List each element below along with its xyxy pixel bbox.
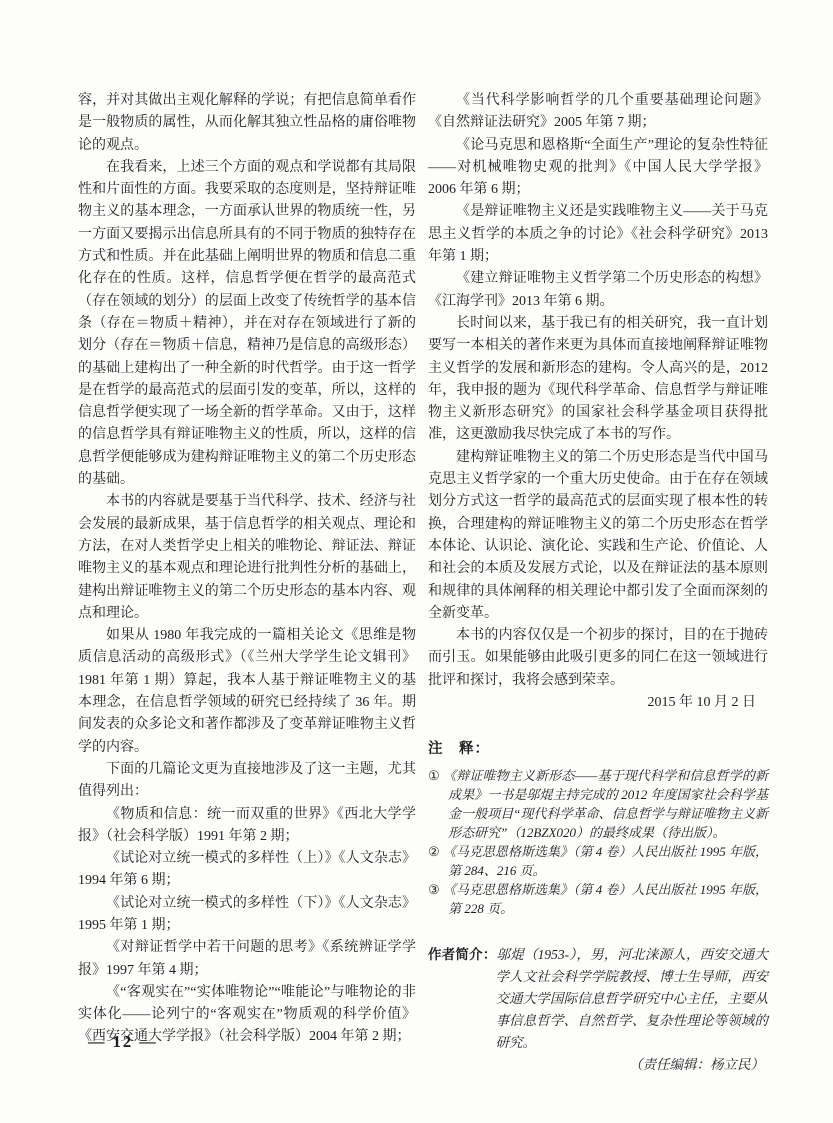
footnote: ① 《辩证唯物主义新形态——基于现代科学和信息哲学的新成果》一书是邬焜主持完成的… xyxy=(428,766,768,842)
paragraph: 《物质和信息：统一而双重的世界》《西北大学学报》（社会科学版）1991 年第 2… xyxy=(78,804,416,849)
paragraph: 本书的内容仅仅是一个初步的探讨，目的在于抛砖而引玉。如果能够由此吸引更多的同仁在… xyxy=(428,625,768,692)
editor-credit: （责任编辑：杨立民） xyxy=(428,1054,768,1076)
footnote-marker: ① xyxy=(428,768,440,783)
paragraph: 在我看来，上述三个方面的观点和学说都有其局限性和片面性的方面。我要采取的态度则是… xyxy=(78,157,416,491)
paragraph: 《建立辩证唯物主义哲学第二个历史形态的构想》《江海学刊》2013 年第 6 期。 xyxy=(428,268,768,313)
paragraph: 如果从 1980 年我完成的一篇相关论文《思维是物质信息活动的高级形式》（《兰州… xyxy=(78,625,416,759)
paragraph: 《是辩证唯物主义还是实践唯物主义——关于马克思主义哲学的本质之争的讨论》《社会科… xyxy=(428,201,768,268)
footnote-text: 《马克思恩格斯选集》（第 4 卷）人民出版社 1995 年版，第 284、216… xyxy=(440,844,768,878)
paragraph: 下面的几篇论文更为直接地涉及了这一主题，尤其值得列出： xyxy=(78,759,416,804)
right-column: 《当代科学影响哲学的几个重要基础理论问题》《自然辩证法研究》2005 年第 7 … xyxy=(428,90,768,1076)
footnote-text: 《马克思恩格斯选集》（第 4 卷）人民出版社 1995 年版，第 228 页。 xyxy=(440,882,768,916)
right-column-paragraphs: 《当代科学影响哲学的几个重要基础理论问题》《自然辩证法研究》2005 年第 7 … xyxy=(428,90,768,692)
notes-header: 注 释： xyxy=(428,740,768,759)
paragraph: 《试论对立统一模式的多样性（上）》《人文杂志》1994 年第 6 期； xyxy=(78,848,416,893)
left-column: 容，并对其做出主观化解释的学说；有把信息简单看作是一般物质的属性，从而化解其独立… xyxy=(78,90,416,1049)
footnote-text: 《辩证唯物主义新形态——基于现代科学和信息哲学的新成果》一书是邬焜主持完成的 2… xyxy=(440,768,768,840)
footnote: ③ 《马克思恩格斯选集》（第 4 卷）人民出版社 1995 年版，第 228 页… xyxy=(428,880,768,918)
author-intro: 作者简介：邬焜（1953-），男，河北涞源人，西安交通大学人文社会科学学院教授、… xyxy=(428,944,768,1054)
notes-section: 注 释： ① 《辩证唯物主义新形态——基于现代科学和信息哲学的新成果》一书是邬焜… xyxy=(428,740,768,918)
date-line: 2015 年 10 月 2 日 xyxy=(428,692,768,714)
page-number: — 12 — xyxy=(88,1032,158,1052)
paragraph: 容，并对其做出主观化解释的学说；有把信息简单看作是一般物质的属性，从而化解其独立… xyxy=(78,90,416,157)
footnote: ② 《马克思恩格斯选集》（第 4 卷）人民出版社 1995 年版，第 284、2… xyxy=(428,842,768,880)
footnote-marker: ② xyxy=(428,844,440,859)
paragraph: 《论马克思和恩格斯“全面生产”理论的复杂性特征——对机械唯物史观的批判》《中国人… xyxy=(428,135,768,202)
paragraph: 《对辩证哲学中若干问题的思考》《系统辨证学学报》1997 年第 4 期； xyxy=(78,937,416,982)
paragraph: 本书的内容就是要基于当代科学、技术、经济与社会发展的最新成果，基于信息哲学的相关… xyxy=(78,491,416,625)
paragraph: 《当代科学影响哲学的几个重要基础理论问题》《自然辩证法研究》2005 年第 7 … xyxy=(428,90,768,135)
author-section: 作者简介：邬焜（1953-），男，河北涞源人，西安交通大学人文社会科学学院教授、… xyxy=(428,944,768,1076)
paragraph: 《试论对立统一模式的多样性（下）》《人文杂志》1995 年第 1 期； xyxy=(78,893,416,938)
author-label: 作者简介： xyxy=(428,947,497,962)
paragraph: 长时间以来，基于我已有的相关研究，我一直计划要写一本相关的著作来更为具体而直接地… xyxy=(428,313,768,447)
paragraph: 建构辩证唯物主义的第二个历史形态是当代中国马克思主义哲学家的一个重大历史使命。由… xyxy=(428,447,768,625)
footnote-marker: ③ xyxy=(428,882,440,897)
document-page: 容，并对其做出主观化解释的学说；有把信息简单看作是一般物质的属性，从而化解其独立… xyxy=(0,0,833,1123)
author-text: 邬焜（1953-），男，河北涞源人，西安交通大学人文社会科学学院教授、博士生导师… xyxy=(496,947,769,1050)
notes-list: ① 《辩证唯物主义新形态——基于现代科学和信息哲学的新成果》一书是邬焜主持完成的… xyxy=(428,766,768,918)
